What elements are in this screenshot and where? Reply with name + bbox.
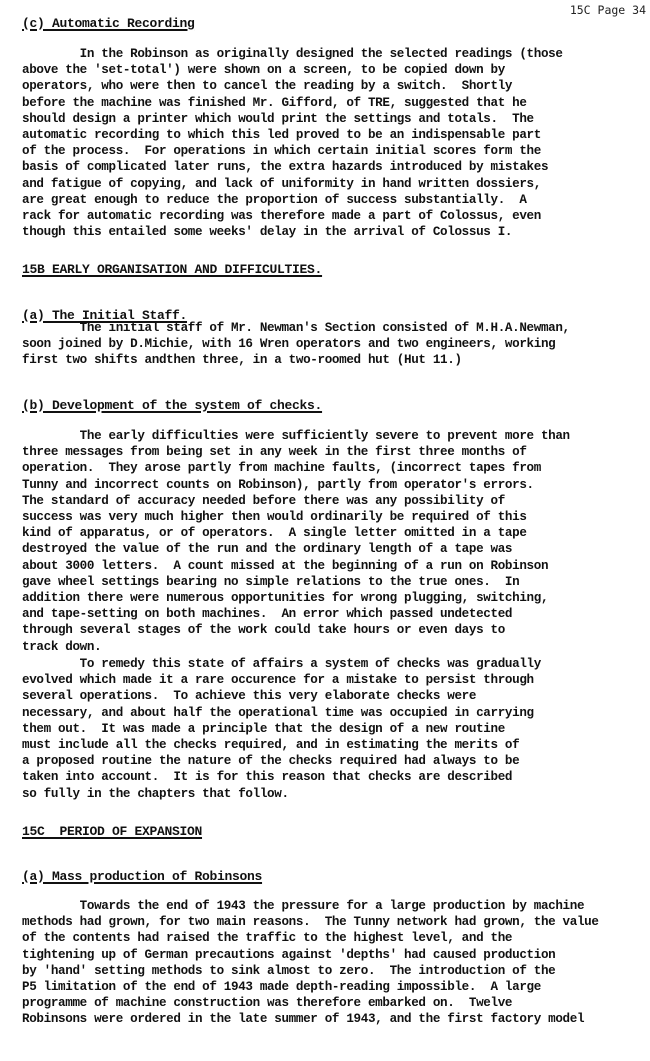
text-line: success was very much higher then would … — [22, 509, 642, 525]
text-line: several operations. To achieve this very… — [22, 688, 642, 704]
text-line: methods had grown, for two main reasons.… — [22, 914, 642, 930]
text-line: by 'hand' setting methods to sink almost… — [22, 963, 642, 979]
text-line: before the machine was finished Mr. Giff… — [22, 95, 642, 111]
paragraph: To remedy this state of affairs a system… — [22, 656, 642, 802]
text-line: operation. They arose partly from machin… — [22, 460, 642, 476]
text-line: kind of apparatus, or of operators. A si… — [22, 525, 642, 541]
text-line: three messages from being set in any wee… — [22, 444, 642, 460]
text-line: though this entailed some weeks' delay i… — [22, 224, 642, 240]
chapter-heading-15b: 15B EARLY ORGANISATION AND DIFFICULTIES. — [22, 262, 642, 277]
paragraph: The early difficulties were sufficiently… — [22, 428, 642, 655]
text-line: Tunny and incorrect counts on Robinson),… — [22, 477, 642, 493]
section-automatic-recording: (c) Automatic Recording — [22, 16, 642, 31]
section-heading: 15B EARLY ORGANISATION AND DIFFICULTIES. — [22, 262, 642, 277]
text-line: track down. — [22, 639, 642, 655]
text-line: them out. It was made a principle that t… — [22, 721, 642, 737]
text-line: Towards the end of 1943 the pressure for… — [22, 898, 642, 914]
text-line: The initial staff of Mr. Newman's Sectio… — [22, 320, 642, 336]
text-line: a proposed routine the nature of the che… — [22, 753, 642, 769]
text-line: To remedy this state of affairs a system… — [22, 656, 642, 672]
text-line: and tape-setting on both machines. An er… — [22, 606, 642, 622]
section-mass-production: (a) Mass production of Robinsons — [22, 869, 642, 884]
text-line: taken into account. It is for this reaso… — [22, 769, 642, 785]
text-line: first two shifts andthen three, in a two… — [22, 352, 642, 368]
section-heading: (c) Automatic Recording — [22, 16, 642, 31]
text-line: programme of machine construction was th… — [22, 995, 642, 1011]
text-line: through several stages of the work could… — [22, 622, 642, 638]
text-line: of the contents had raised the traffic t… — [22, 930, 642, 946]
text-line: should design a printer which would prin… — [22, 111, 642, 127]
text-line: tightening up of German precautions agai… — [22, 947, 642, 963]
text-line: are great enough to reduce the proportio… — [22, 192, 642, 208]
text-line: automatic recording to which this led pr… — [22, 127, 642, 143]
text-line: rack for automatic recording was therefo… — [22, 208, 642, 224]
text-line: and fatigue of copying, and lack of unif… — [22, 176, 642, 192]
text-line: operators, who were then to cancel the r… — [22, 78, 642, 94]
text-line: about 3000 letters. A count missed at th… — [22, 558, 642, 574]
text-line: The standard of accuracy needed before t… — [22, 493, 642, 509]
section-system-of-checks: (b) Development of the system of checks. — [22, 398, 642, 413]
page-number: 15C Page 34 — [570, 3, 646, 17]
text-line: addition there were numerous opportuniti… — [22, 590, 642, 606]
chapter-heading-15c: 15C PERIOD OF EXPANSION — [22, 824, 642, 839]
text-line: so fully in the chapters that follow. — [22, 786, 642, 802]
text-line: destroyed the value of the run and the o… — [22, 541, 642, 557]
text-line: necessary, and about half the operationa… — [22, 705, 642, 721]
text-line: Robinsons were ordered in the late summe… — [22, 1011, 642, 1027]
text-line: of the process. For operations in which … — [22, 143, 642, 159]
text-line: evolved which made it a rare occurence f… — [22, 672, 642, 688]
text-line: In the Robinson as originally designed t… — [22, 46, 642, 62]
text-line: must include all the checks required, an… — [22, 737, 642, 753]
paragraph: The initial staff of Mr. Newman's Sectio… — [22, 320, 642, 369]
paragraph: In the Robinson as originally designed t… — [22, 46, 642, 240]
paragraph: Towards the end of 1943 the pressure for… — [22, 898, 642, 1028]
text-line: gave wheel settings bearing no simple re… — [22, 574, 642, 590]
text-line: basis of complicated later runs, the ext… — [22, 159, 642, 175]
text-line: The early difficulties were sufficiently… — [22, 428, 642, 444]
text-line: soon joined by D.Michie, with 16 Wren op… — [22, 336, 642, 352]
section-heading: (a) Mass production of Robinsons — [22, 869, 642, 884]
text-line: above the 'set-total') were shown on a s… — [22, 62, 642, 78]
section-heading: 15C PERIOD OF EXPANSION — [22, 824, 642, 839]
section-heading: (b) Development of the system of checks. — [22, 398, 642, 413]
text-line: P5 limitation of the end of 1943 made de… — [22, 979, 642, 995]
